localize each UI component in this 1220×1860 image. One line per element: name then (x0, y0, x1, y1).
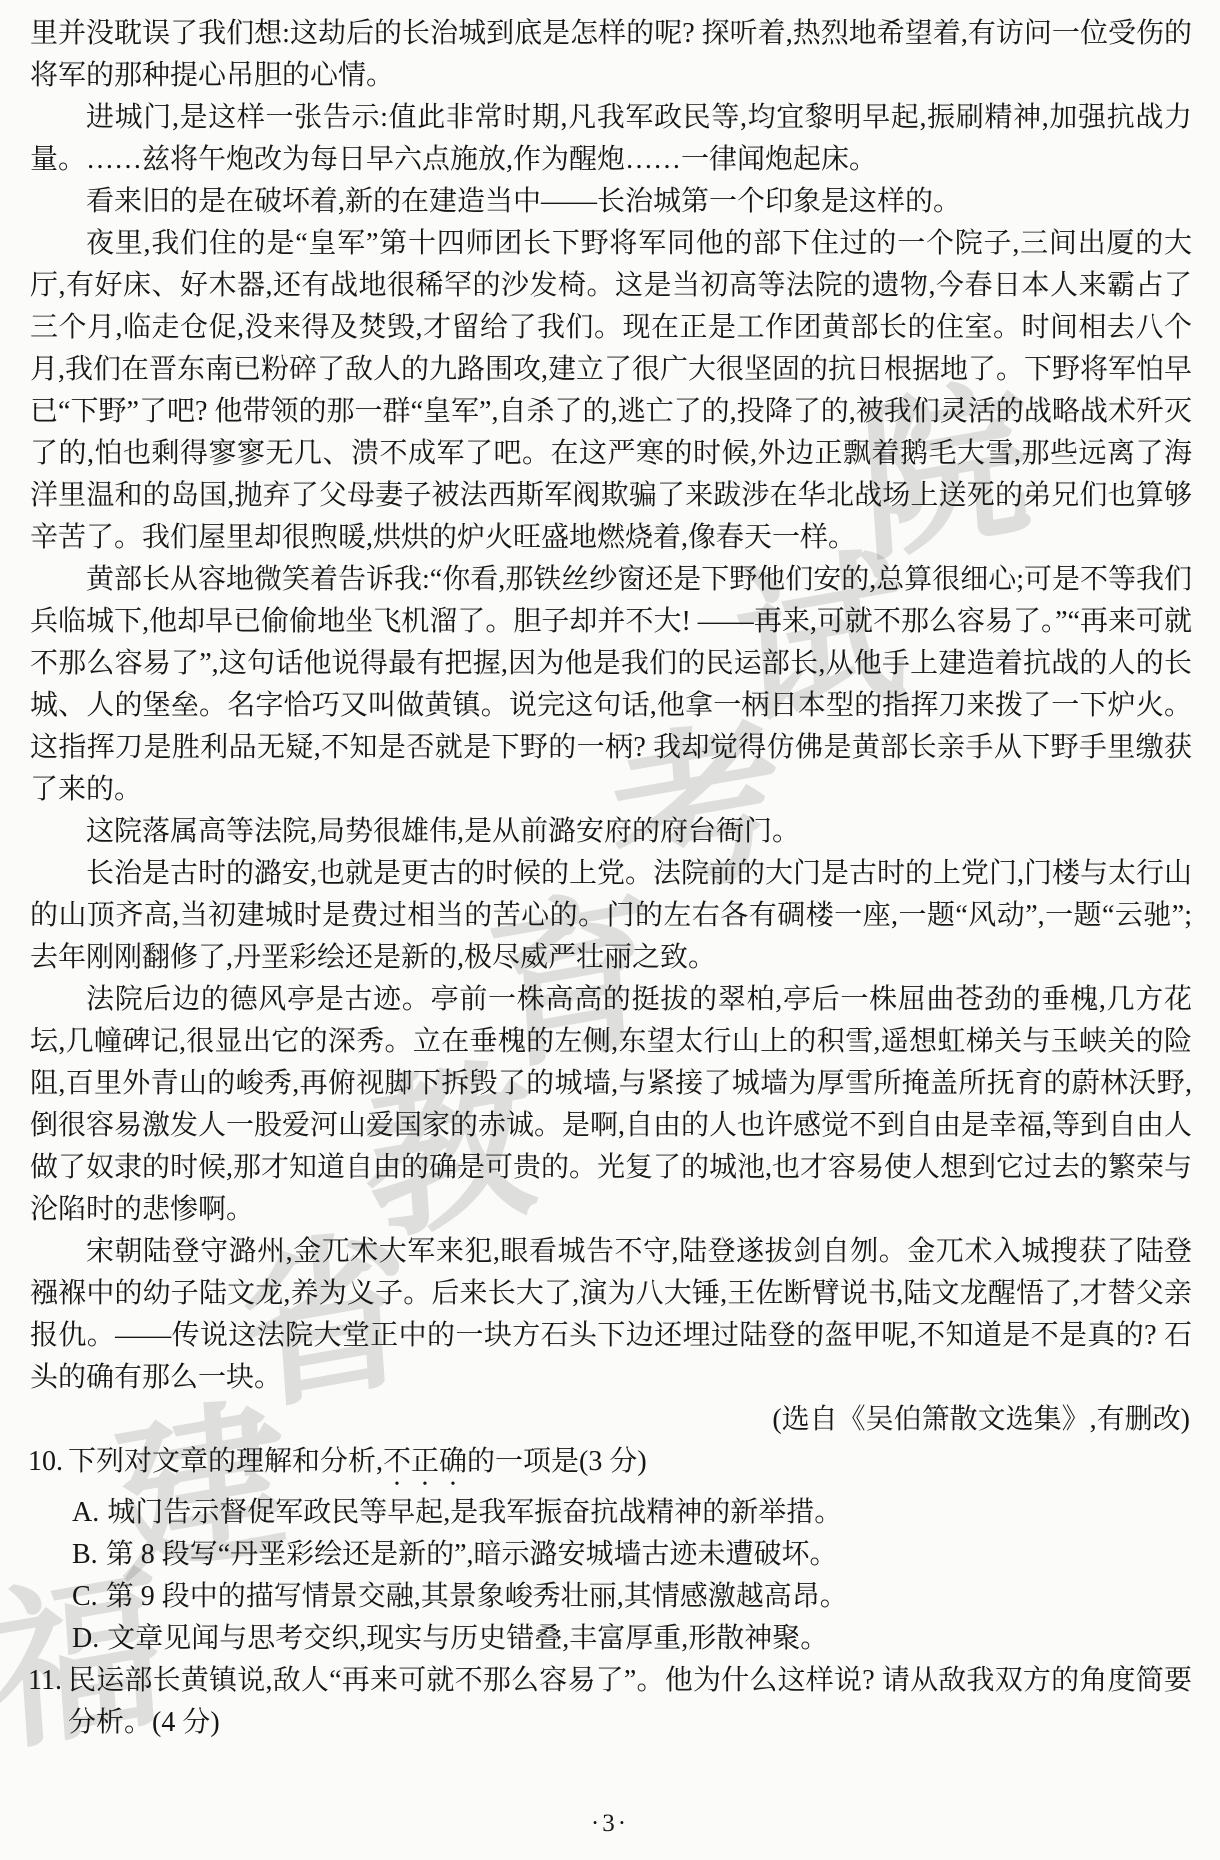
option-c-text: 第 9 段中的描写情景交融,其景象峻秀壮丽,其情感激越高昂。 (106, 1581, 848, 1612)
option-a-label: A. (72, 1497, 99, 1528)
page-number: ·3· (0, 1810, 1220, 1838)
question-11-number: 11. (28, 1660, 62, 1702)
question-11: 11. 民运部长黄镇说,敌人“再来可就不那么容易了”。他为什么这样说? 请从敌我… (30, 1660, 1192, 1744)
passage-paragraph: 里并没耽误了我们想:这劫后的长治城到底是怎样的呢? 探听着,热烈地希望着,有访问… (30, 13, 1192, 97)
option-c-label: C. (72, 1581, 98, 1612)
option-b: B.第 8 段写“丹垩彩绘还是新的”,暗示潞安城墙古迹未遭破坏。 (68, 1534, 1192, 1576)
question-10-stem-emphasis: 不正确 (383, 1446, 467, 1477)
passage-paragraph: 长治是古时的潞安,也就是更古的时候的上党。法院前的大门是古时的上党门,门楼与太行… (30, 853, 1192, 979)
question-10-stem-suffix: 的一项是(3 分) (467, 1446, 647, 1477)
question-11-stem: 民运部长黄镇说,敌人“再来可就不那么容易了”。他为什么这样说? 请从敌我双方的角… (68, 1660, 1192, 1744)
passage-paragraph: 进城门,是这样一张告示:值此非常时期,凡我军政民等,均宜黎明早起,振刷精神,加强… (30, 97, 1192, 181)
option-d: D.文章见闻与思考交织,现实与历史错叠,丰富厚重,形散神聚。 (68, 1618, 1192, 1660)
passage-paragraph: 这院落属高等法院,局势很雄伟,是从前潞安府的府台衙门。 (30, 811, 1192, 853)
option-a: A.城门告示督促军政民等早起,是我军振奋抗战精神的新举措。 (68, 1492, 1192, 1534)
option-d-label: D. (72, 1623, 99, 1654)
option-a-text: 城门告示督促军政民等早起,是我军振奋抗战精神的新举措。 (107, 1497, 842, 1528)
passage-paragraph: 法院后边的德风亭是古迹。亭前一株高高的挺拔的翠柏,亭后一株屈曲苍劲的垂槐,几方花… (30, 979, 1192, 1231)
option-c: C.第 9 段中的描写情景交融,其景象峻秀壮丽,其情感激越高昂。 (68, 1576, 1192, 1618)
passage-paragraph: 宋朝陆登守潞州,金兀术大军来犯,眼看城告不守,陆登遂拔剑自刎。金兀术入城搜获了陆… (30, 1231, 1192, 1399)
question-10-stem: 下列对文章的理解和分析,不正确的一项是(3 分) (68, 1441, 1192, 1492)
page-content: 里并没耽误了我们想:这劫后的长治城到底是怎样的呢? 探听着,热烈地希望着,有访问… (30, 13, 1192, 1744)
passage-paragraph: 夜里,我们住的是“皇军”第十四师团长下野将军同他的部下住过的一个院子,三间出厦的… (30, 223, 1192, 559)
option-b-label: B. (72, 1539, 98, 1570)
question-10-stem-prefix: 下列对文章的理解和分析, (68, 1446, 383, 1477)
option-b-text: 第 8 段写“丹垩彩绘还是新的”,暗示潞安城墙古迹未遭破坏。 (106, 1539, 838, 1570)
passage-paragraph: 黄部长从容地微笑着告诉我:“你看,那铁丝纱窗还是下野他们安的,总算很细心;可是不… (30, 559, 1192, 811)
reading-passage: 里并没耽误了我们想:这劫后的长治城到底是怎样的呢? 探听着,热烈地希望着,有访问… (30, 13, 1192, 1441)
question-10: 10. 下列对文章的理解和分析,不正确的一项是(3 分) A.城门告示督促军政民… (30, 1441, 1192, 1660)
exam-page: 福 建 省 教 育 考 试 院 里并没耽误了我们想:这劫后的长治城到底是怎样的呢… (0, 0, 1220, 1860)
passage-paragraph: 看来旧的是在破坏着,新的在建造当中——长治城第一个印象是这样的。 (30, 181, 1192, 223)
question-10-number: 10. (28, 1441, 63, 1483)
question-10-options: A.城门告示督促军政民等早起,是我军振奋抗战精神的新举措。 B.第 8 段写“丹… (68, 1492, 1192, 1660)
source-attribution: (选自《吴伯箫散文选集》,有删改) (30, 1399, 1192, 1441)
option-d-text: 文章见闻与思考交织,现实与历史错叠,丰富厚重,形散神聚。 (107, 1623, 828, 1654)
